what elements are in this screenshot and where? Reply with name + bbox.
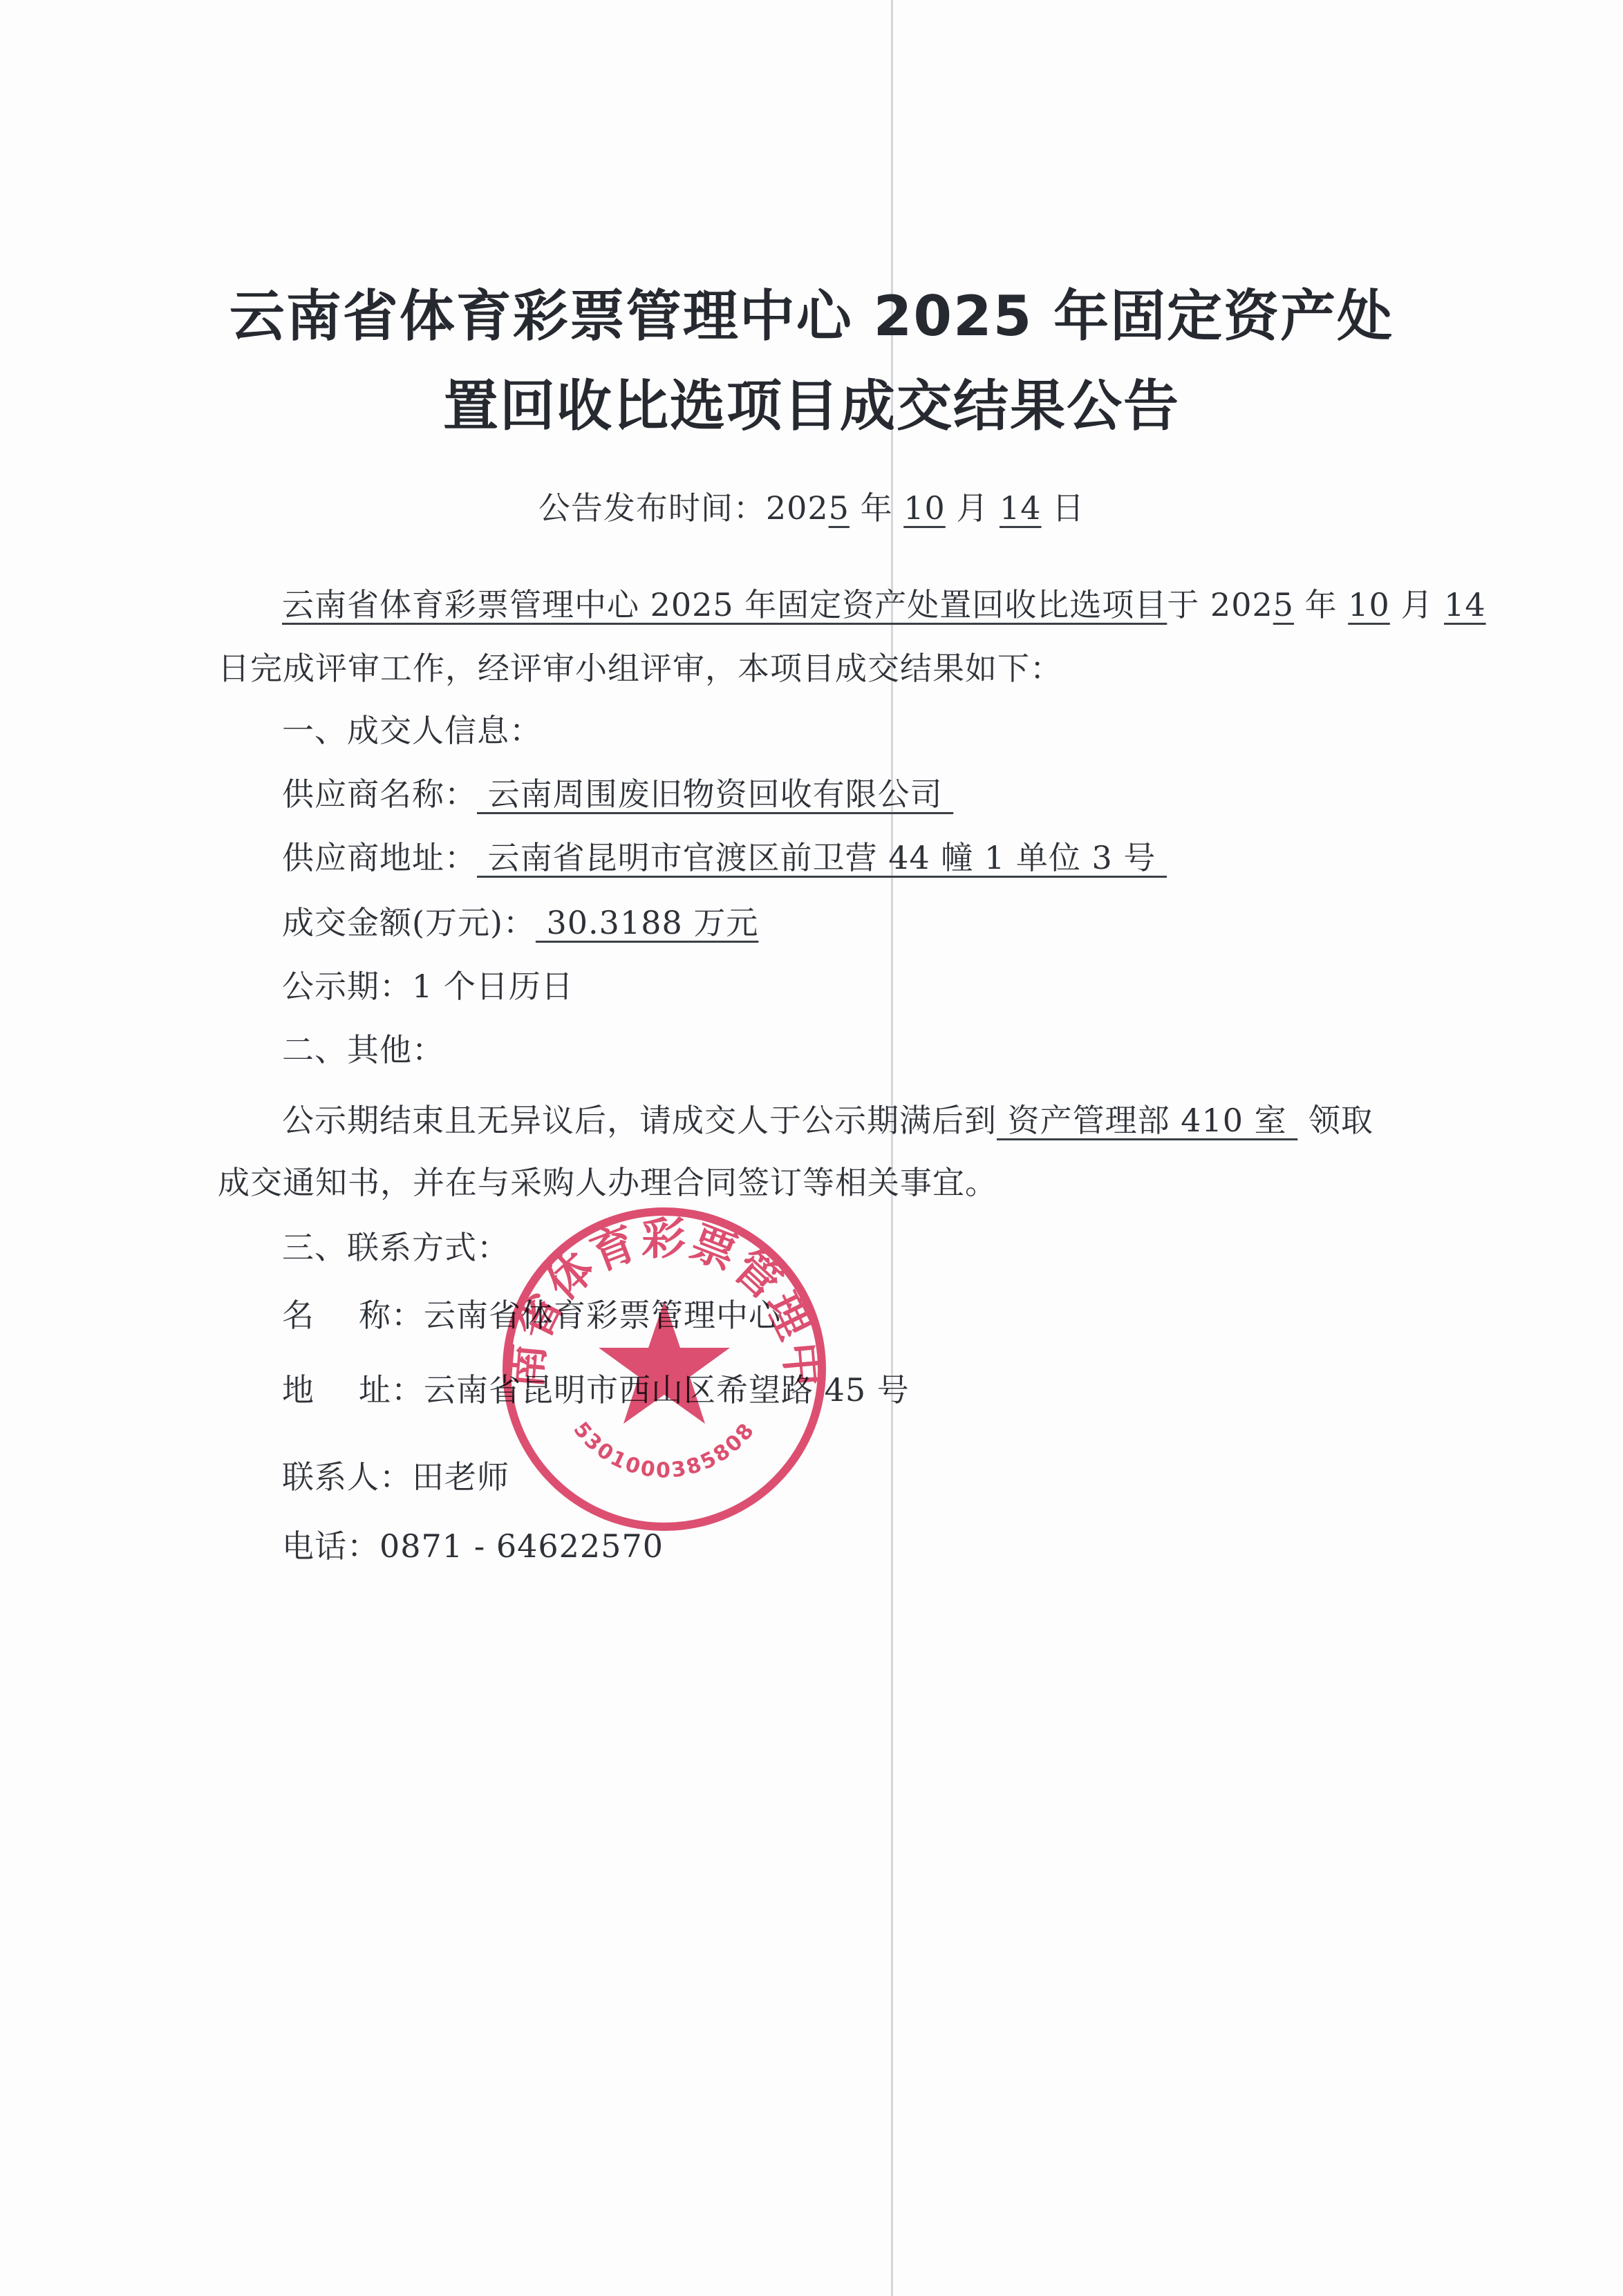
intro-month: 10 xyxy=(1348,586,1390,623)
publish-year-unit: 年 xyxy=(861,489,893,527)
official-seal-stamp: 云南省体育彩票管理中心 5301000385808 xyxy=(499,1204,829,1534)
section3-heading: 三、联系方式： xyxy=(282,1232,509,1263)
document-title-line-1: 云南省体育彩票管理中心 2025 年固定资产处 xyxy=(0,289,1623,344)
section2-line-2: 成交通知书，并在与采购人办理合同签订等相关事宜。 xyxy=(218,1167,997,1198)
notice-period-row: 公示期：1 个日历日 xyxy=(282,970,574,1002)
amount-label: 成交金额(万元)： xyxy=(282,904,536,941)
supplier-address-row: 供应商地址： 云南省昆明市官渡区前卫营 44 幢 1 单位 3 号 xyxy=(282,842,1167,874)
contact-name-label-a: 名 xyxy=(282,1297,315,1334)
publish-month: 10 xyxy=(903,489,946,527)
document-title-line-2: 置回收比选项目成交结果公告 xyxy=(0,379,1623,434)
contact-person-row: 联系人：田老师 xyxy=(282,1461,509,1493)
amount-row: 成交金额(万元)： 30.3188 万元 xyxy=(282,907,758,939)
supplier-address-value: 云南省昆明市官渡区前卫营 44 幢 1 单位 3 号 xyxy=(477,839,1167,876)
supplier-name-row: 供应商名称： 云南周围废旧物资回收有限公司 xyxy=(282,778,953,810)
contact-person-label: 联系人： xyxy=(282,1458,412,1496)
supplier-address-label: 供应商地址： xyxy=(282,839,477,876)
seal-star-icon xyxy=(599,1301,730,1424)
supplier-name-label: 供应商名称： xyxy=(282,775,477,813)
intro-month-unit: 月 xyxy=(1400,586,1433,623)
section2-tail: 领取 xyxy=(1308,1102,1373,1139)
publish-date: 公告发布时间：2025 年 10 月 14 日 xyxy=(0,492,1623,524)
publish-day-unit: 日 xyxy=(1052,489,1085,527)
section2-heading: 二、其他： xyxy=(282,1034,444,1066)
publish-day: 14 xyxy=(1000,489,1042,527)
project-name: 云南省体育彩票管理中心 2025 年固定资产处置回收比选项目 xyxy=(282,586,1167,623)
intro-year-unit: 年 xyxy=(1305,586,1338,623)
publish-month-unit: 月 xyxy=(956,489,988,527)
office-location: 资产管理部 410 室 xyxy=(997,1102,1297,1139)
publish-year-digit: 5 xyxy=(829,489,850,527)
contact-address-label-b: 址： xyxy=(359,1371,424,1409)
intro-day: 14 xyxy=(1444,586,1486,623)
section2-text: 公示期结束且无异议后，请成交人于公示期满后到 xyxy=(282,1102,997,1139)
phone-row: 电话：0871 - 64622570 xyxy=(282,1530,664,1562)
section1-heading: 一、成交人信息： xyxy=(282,715,542,746)
intro-text: 于 202 xyxy=(1167,586,1273,623)
seal-code: 5301000385808 xyxy=(568,1418,760,1483)
notice-period-value: 1 个日历日 xyxy=(412,968,574,1005)
section2-line-1: 公示期结束且无异议后，请成交人于公示期满后到 资产管理部 410 室 领取 xyxy=(282,1104,1373,1136)
contact-name-label-b: 称： xyxy=(359,1297,424,1334)
publish-year-prefix: 202 xyxy=(766,489,829,527)
contact-person-value: 田老师 xyxy=(412,1458,509,1496)
notice-period-label: 公示期： xyxy=(282,968,412,1005)
amount-value: 30.3188 万元 xyxy=(536,904,758,941)
intro-line-2: 日完成评审工作，经评审小组评审，本项目成交结果如下： xyxy=(218,652,1062,684)
contact-address-label-a: 地 xyxy=(282,1371,315,1409)
publish-date-label: 公告发布时间： xyxy=(538,489,766,527)
intro-year-digit: 5 xyxy=(1273,586,1294,623)
phone-label: 电话： xyxy=(282,1527,379,1565)
intro-line-1: 云南省体育彩票管理中心 2025 年固定资产处置回收比选项目于 2025 年 1… xyxy=(282,589,1486,621)
supplier-name-value: 云南周围废旧物资回收有限公司 xyxy=(477,775,953,813)
